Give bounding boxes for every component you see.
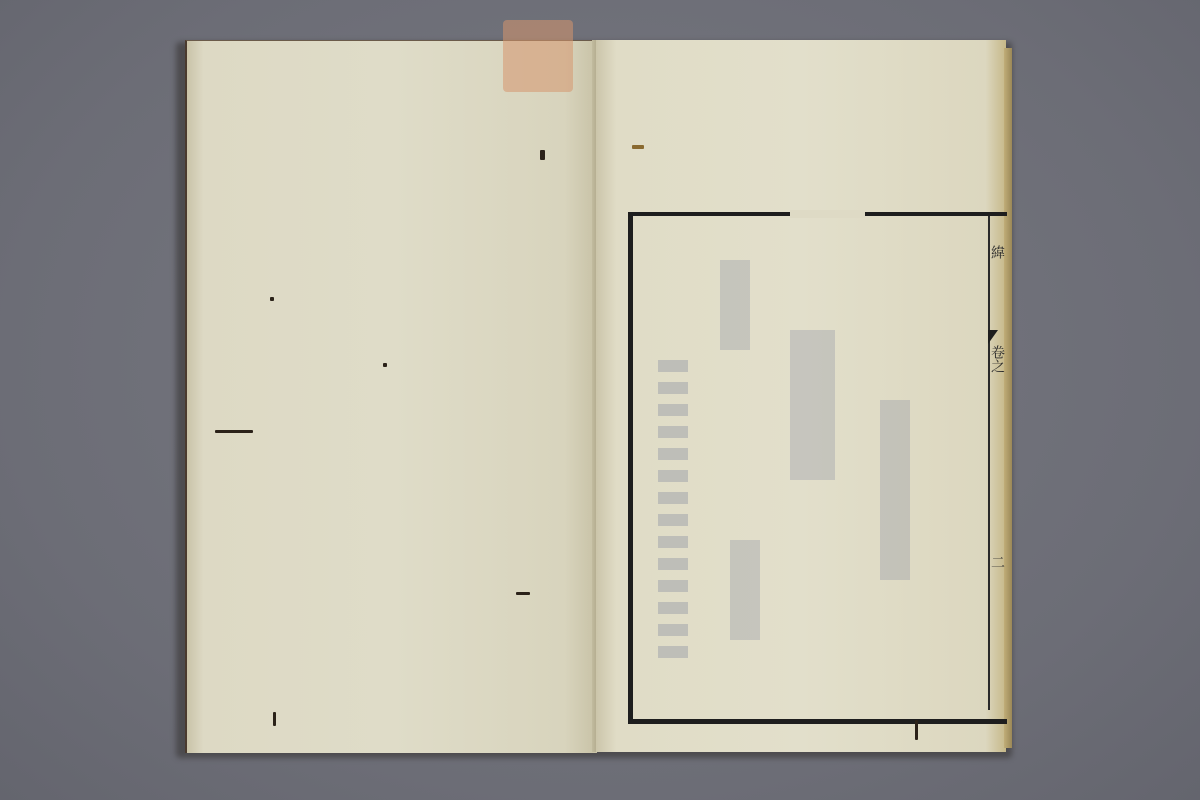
margin-page-number: 二 <box>990 555 1004 569</box>
bleed-through-text <box>790 330 835 480</box>
wormhole-mark <box>215 430 253 433</box>
wormhole-mark <box>383 363 387 367</box>
bleed-through-column <box>658 360 688 660</box>
bleed-through-text <box>730 540 760 640</box>
wormhole-mark <box>540 150 545 160</box>
margin-volume-text: 卷之 <box>990 345 1004 373</box>
wormhole-mark <box>632 145 644 149</box>
wormhole-mark <box>270 297 274 301</box>
wormhole-mark <box>273 712 276 726</box>
red-seal-stamp <box>503 20 573 92</box>
left-page <box>185 40 597 753</box>
bleed-through-text <box>720 260 750 350</box>
banxin-line <box>988 216 990 710</box>
wormhole-mark <box>516 592 530 595</box>
wormhole-mark <box>915 720 918 740</box>
bleed-through-text <box>880 400 910 580</box>
fish-tail-mark <box>988 330 998 344</box>
frame-top-break <box>790 210 865 218</box>
margin-title-text: 緯 <box>990 245 1004 259</box>
